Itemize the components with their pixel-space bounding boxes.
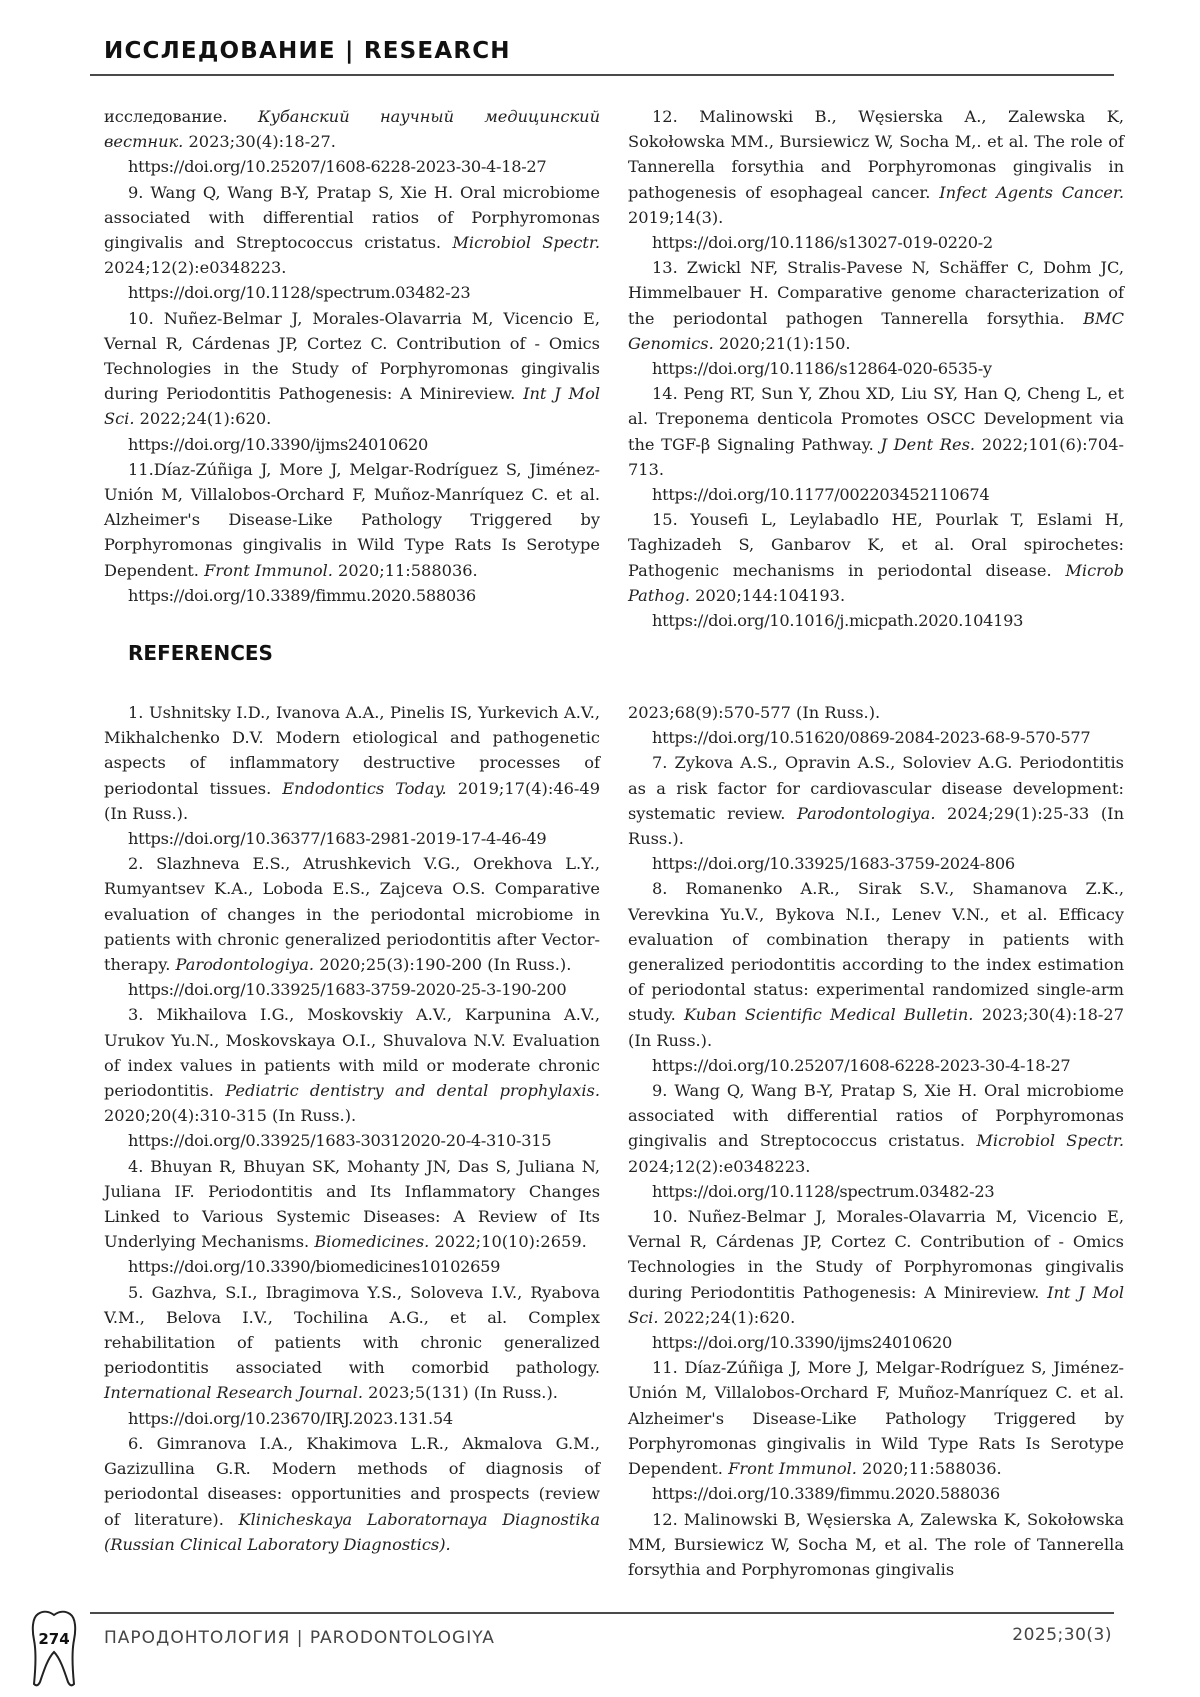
doi-link[interactable]: https://doi.org/10.1177/002203452110674 bbox=[628, 482, 1124, 507]
doi-link[interactable]: https://doi.org/10.3390/ijms24010620 bbox=[628, 1330, 1124, 1355]
reference-12: 12. Malinowski B., Węsierska A., Zalewsk… bbox=[628, 104, 1124, 230]
doi-link[interactable]: https://doi.org/10.1128/spectrum.03482-2… bbox=[104, 280, 600, 305]
reference-9: 9. Wang Q, Wang B-Y, Pratap S, Xie H. Or… bbox=[628, 1078, 1124, 1179]
doi-link[interactable]: https://doi.org/10.3390/ijms24010620 bbox=[104, 432, 600, 457]
section-header: ИССЛЕДОВАНИЕ | RESEARCH bbox=[104, 38, 1114, 64]
column-references-left: 1. Ushnitsky I.D., Ivanova A.A., Pinelis… bbox=[104, 700, 600, 1557]
journal-name: ПАРОДОНТОЛОГИЯ | PARODONTOLOGIYA bbox=[104, 1628, 495, 1648]
reference-4: 4. Bhuyan R, Bhuyan SK, Mohanty JN, Das … bbox=[104, 1154, 600, 1255]
reference-10: 10. Nuñez-Belmar J, Morales-Olavarria M,… bbox=[628, 1204, 1124, 1330]
doi-link[interactable]: https://doi.org/10.36377/1683-2981-2019-… bbox=[104, 826, 600, 851]
doi-link[interactable]: https://doi.org/10.3389/fimmu.2020.58803… bbox=[104, 583, 600, 608]
footer-divider bbox=[90, 1612, 1114, 1614]
reference-6: 6. Gimranova I.A., Khakimova L.R., Akmal… bbox=[104, 1431, 600, 1557]
column-references-right: 2023;68(9):570-577 (In Russ.). https://d… bbox=[628, 700, 1124, 1582]
column-top-right: 12. Malinowski B., Węsierska A., Zalewsk… bbox=[628, 104, 1124, 633]
doi-link[interactable]: https://doi.org/10.1016/j.micpath.2020.1… bbox=[628, 608, 1124, 633]
reference-13: 13. Zwickl NF, Stralis-Pavese N, Schäffe… bbox=[628, 255, 1124, 356]
doi-link[interactable]: https://doi.org/10.1186/s13027-019-0220-… bbox=[628, 230, 1124, 255]
reference-2: 2. Slazhneva E.S., Atrushkevich V.G., Or… bbox=[104, 851, 600, 977]
column-top-left: исследование. Кубанский научный медицинс… bbox=[104, 104, 600, 608]
header-divider bbox=[90, 74, 1114, 76]
tooth-icon bbox=[28, 1608, 80, 1688]
reference-8-tail: исследование. Кубанский научный медицинс… bbox=[104, 104, 600, 154]
doi-link[interactable]: https://doi.org/10.51620/0869-2084-2023-… bbox=[628, 725, 1124, 750]
page-number: 274 bbox=[28, 1630, 80, 1648]
reference-3: 3. Mikhailova I.G., Moskovskiy A.V., Kar… bbox=[104, 1002, 600, 1128]
reference-11: 11. Díaz-Zúñiga J, More J, Melgar-Rodríg… bbox=[628, 1355, 1124, 1481]
reference-9: 9. Wang Q, Wang B-Y, Pratap S, Xie H. Or… bbox=[104, 180, 600, 281]
doi-link[interactable]: https://doi.org/10.25207/1608-6228-2023-… bbox=[628, 1053, 1124, 1078]
reference-10: 10. Nuñez-Belmar J, Morales-Olavarria M,… bbox=[104, 306, 600, 432]
doi-link[interactable]: https://doi.org/10.33925/1683-3759-2020-… bbox=[104, 977, 600, 1002]
doi-link[interactable]: https://doi.org/10.3389/fimmu.2020.58803… bbox=[628, 1481, 1124, 1506]
reference-11: 11.Díaz-Zúñiga J, More J, Melgar-Rodrígu… bbox=[104, 457, 600, 583]
doi-link[interactable]: https://doi.org/10.3390/biomedicines1010… bbox=[104, 1254, 600, 1279]
doi-link[interactable]: https://doi.org/10.33925/1683-3759-2024-… bbox=[628, 851, 1124, 876]
reference-8: 8. Romanenko A.R., Sirak S.V., Shamanova… bbox=[628, 876, 1124, 1052]
reference-1: 1. Ushnitsky I.D., Ivanova A.A., Pinelis… bbox=[104, 700, 600, 826]
doi-link[interactable]: https://doi.org/10.1128/spectrum.03482-2… bbox=[628, 1179, 1124, 1204]
reference-6-tail: 2023;68(9):570-577 (In Russ.). bbox=[628, 700, 1124, 725]
reference-15: 15. Yousefi L, Leylabadlo HE, Pourlak T,… bbox=[628, 507, 1124, 608]
doi-link[interactable]: https://doi.org/10.25207/1608-6228-2023-… bbox=[104, 154, 600, 179]
reference-5: 5. Gazhva, S.I., Ibragimova Y.S., Solove… bbox=[104, 1280, 600, 1406]
references-heading: REFERENCES bbox=[128, 641, 273, 665]
tooth-page-badge: 274 bbox=[28, 1608, 80, 1688]
doi-link[interactable]: https://doi.org/10.1186/s12864-020-6535-… bbox=[628, 356, 1124, 381]
reference-12: 12. Malinowski B, Węsierska A, Zalewska … bbox=[628, 1507, 1124, 1583]
doi-link[interactable]: https://doi.org/0.33925/1683-30312020-20… bbox=[104, 1128, 600, 1153]
issue-info: 2025;30(3) bbox=[1012, 1625, 1112, 1645]
reference-7: 7. Zykova A.S., Opravin A.S., Soloviev A… bbox=[628, 750, 1124, 851]
doi-link[interactable]: https://doi.org/10.23670/IRJ.2023.131.54 bbox=[104, 1406, 600, 1431]
reference-14: 14. Peng RT, Sun Y, Zhou XD, Liu SY, Han… bbox=[628, 381, 1124, 482]
